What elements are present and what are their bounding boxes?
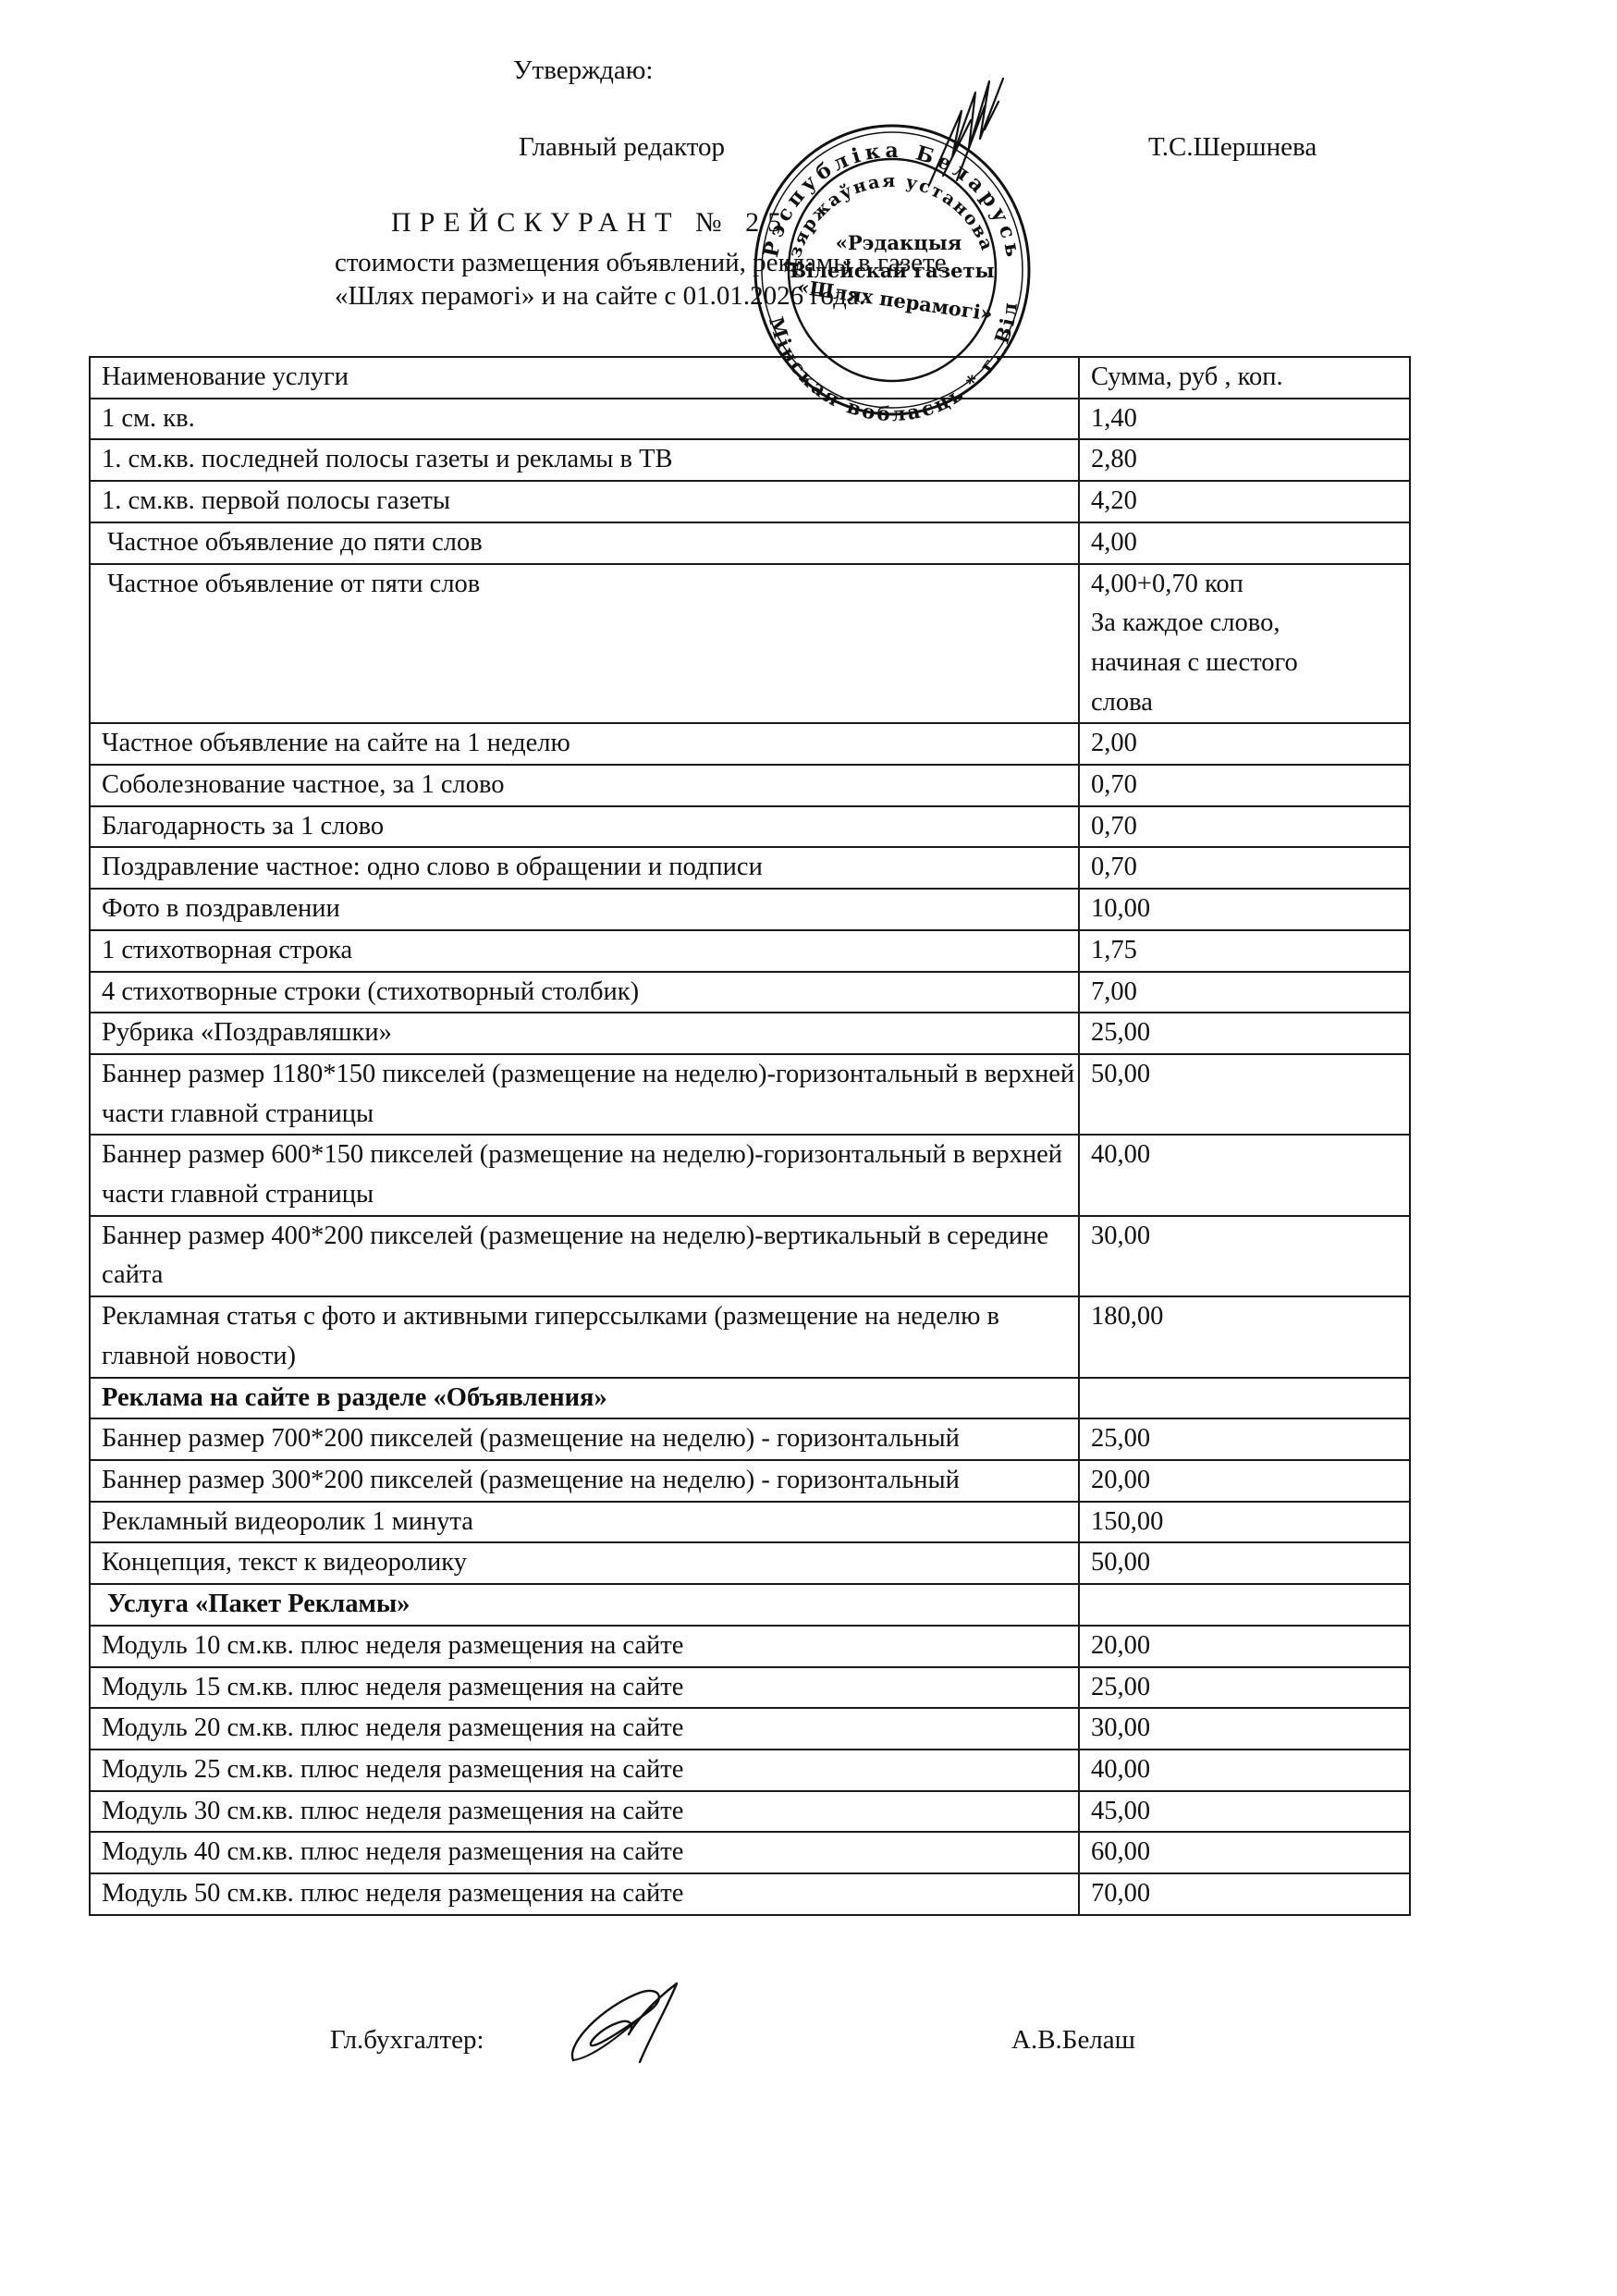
section-title: Реклама на сайте в разделе «Объявления» <box>90 1378 1079 1419</box>
service-price: 50,00 <box>1079 1054 1410 1135</box>
service-name: 1. см.кв. первой полосы газеты <box>90 481 1079 522</box>
service-price: 30,00 <box>1079 1216 1410 1296</box>
service-name: Рекламная статья с фото и активными гипе… <box>90 1296 1079 1377</box>
service-name: Рубрика «Поздравляшки» <box>90 1013 1079 1054</box>
service-price: 0,70 <box>1079 847 1410 889</box>
price-list-table: Наименование услуги Сумма, руб , коп. 1 … <box>89 356 1411 1916</box>
service-name: 1. см.кв. последней полосы газеты и рекл… <box>90 439 1079 481</box>
service-name: 1 стихотворная строка <box>90 930 1079 972</box>
service-name: Баннер размер 1180*150 пикселей (размеще… <box>90 1054 1079 1135</box>
table-row: 1 см. кв.1,40 <box>90 399 1410 440</box>
service-price: 180,00 <box>1079 1296 1410 1377</box>
service-name: Баннер размер 700*200 пикселей (размещен… <box>90 1418 1079 1460</box>
table-row: Баннер размер 600*150 пикселей (размещен… <box>90 1135 1410 1215</box>
service-name: Модуль 40 см.кв. плюс неделя размещения … <box>90 1832 1079 1873</box>
service-name: Благодарность за 1 слово <box>90 806 1079 848</box>
service-name: Соболезнование частное, за 1 слово <box>90 765 1079 806</box>
table-row: 4 стихотворные строки (стихотворный стол… <box>90 972 1410 1013</box>
table-row: Модуль 20 см.кв. плюс неделя размещения … <box>90 1708 1410 1750</box>
service-price: 50,00 <box>1079 1542 1410 1584</box>
service-name: Модуль 30 см.кв. плюс неделя размещения … <box>90 1791 1079 1833</box>
service-price: 0,70 <box>1079 765 1410 806</box>
service-price: 1,40 <box>1079 399 1410 440</box>
table-row: Модуль 50 см.кв. плюс неделя размещения … <box>90 1873 1410 1915</box>
service-name: Модуль 50 см.кв. плюс неделя размещения … <box>90 1873 1079 1915</box>
service-name: Частное объявление от пяти слов <box>90 564 1079 724</box>
table-row: Баннер размер 300*200 пикселей (размещен… <box>90 1460 1410 1502</box>
table-row: Частное объявление на сайте на 1 неделю2… <box>90 723 1410 765</box>
service-name: Частное объявление до пяти слов <box>90 522 1079 564</box>
service-price: 20,00 <box>1079 1460 1410 1502</box>
service-price: 0,70 <box>1079 806 1410 848</box>
document-title: ПРЕЙСКУРАНТ № 25 <box>391 209 790 237</box>
table-section-row: Услуга «Пакет Рекламы» <box>90 1584 1410 1626</box>
service-price: 4,00+0,70 коп За каждое слово, начиная с… <box>1079 564 1410 724</box>
service-price: 40,00 <box>1079 1750 1410 1791</box>
service-name: Концепция, текст к видеоролику <box>90 1542 1079 1584</box>
service-price: 45,00 <box>1079 1791 1410 1833</box>
chief-accountant-role: Гл.бухгалтер: <box>330 2027 484 2054</box>
table-row: Частное объявление от пяти слов4,00+0,70… <box>90 564 1410 724</box>
column-header-service: Наименование услуги <box>90 357 1079 399</box>
table-row: Модуль 25 см.кв. плюс неделя размещения … <box>90 1750 1410 1791</box>
svg-text:Рэспубліка Беларусь: Рэспубліка Беларусь <box>759 139 1026 264</box>
table-body: 1 см. кв.1,401. см.кв. последней полосы … <box>90 399 1410 1915</box>
service-name: Модуль 25 см.кв. плюс неделя размещения … <box>90 1750 1079 1791</box>
table-row: 1. см.кв. первой полосы газеты4,20 <box>90 481 1410 522</box>
table-row: Модуль 10 см.кв. плюс неделя размещения … <box>90 1626 1410 1667</box>
accountant-signature-icon <box>566 1979 695 2067</box>
service-price: 2,80 <box>1079 439 1410 481</box>
service-name: Модуль 15 см.кв. плюс неделя размещения … <box>90 1667 1079 1709</box>
table-row: Рубрика «Поздравляшки»25,00 <box>90 1013 1410 1054</box>
service-price: 25,00 <box>1079 1013 1410 1054</box>
table-row: 1 стихотворная строка1,75 <box>90 930 1410 972</box>
table-section-row: Реклама на сайте в разделе «Объявления» <box>90 1378 1410 1419</box>
section-title: Услуга «Пакет Рекламы» <box>90 1584 1079 1626</box>
chief-editor-role: Главный редактор <box>519 134 725 161</box>
table-row: Модуль 40 см.кв. плюс неделя размещения … <box>90 1832 1410 1873</box>
table-row: Рекламный видеоролик 1 минута150,00 <box>90 1502 1410 1543</box>
service-price: 25,00 <box>1079 1667 1410 1709</box>
table-row: Фото в поздравлении10,00 <box>90 889 1410 930</box>
table-row: Соболезнование частное, за 1 слово0,70 <box>90 765 1410 806</box>
service-price: 25,00 <box>1079 1418 1410 1460</box>
approval-label: Утверждаю: <box>513 57 654 84</box>
service-price: 4,20 <box>1079 481 1410 522</box>
service-name: Частное объявление на сайте на 1 неделю <box>90 723 1079 765</box>
table-row: Модуль 30 см.кв. плюс неделя размещения … <box>90 1791 1410 1833</box>
chief-editor-name: Т.С.Шершнева <box>1148 134 1317 161</box>
service-price: 20,00 <box>1079 1626 1410 1667</box>
table-row: Баннер размер 700*200 пикселей (размещен… <box>90 1418 1410 1460</box>
table-row: Благодарность за 1 слово0,70 <box>90 806 1410 848</box>
service-name: Фото в поздравлении <box>90 889 1079 930</box>
service-price: 60,00 <box>1079 1832 1410 1873</box>
service-price: 150,00 <box>1079 1502 1410 1543</box>
service-name: Баннер размер 400*200 пикселей (размещен… <box>90 1216 1079 1296</box>
service-price: 40,00 <box>1079 1135 1410 1215</box>
document-subtitle-line-1: стоимости размещения объявлений, рекламы… <box>335 250 947 276</box>
service-name: 4 стихотворные строки (стихотворный стол… <box>90 972 1079 1013</box>
table-row: Рекламная статья с фото и активными гипе… <box>90 1296 1410 1377</box>
service-name: Модуль 10 см.кв. плюс неделя размещения … <box>90 1626 1079 1667</box>
service-name: 1 см. кв. <box>90 399 1079 440</box>
service-name: Баннер размер 600*150 пикселей (размещен… <box>90 1135 1079 1215</box>
service-price <box>1079 1584 1410 1626</box>
service-price: 2,00 <box>1079 723 1410 765</box>
service-price: 1,75 <box>1079 930 1410 972</box>
service-name: Модуль 20 см.кв. плюс неделя размещения … <box>90 1708 1079 1750</box>
table-row: 1. см.кв. последней полосы газеты и рекл… <box>90 439 1410 481</box>
service-name: Баннер размер 300*200 пикселей (размещен… <box>90 1460 1079 1502</box>
table-row: Поздравление частное: одно слово в обращ… <box>90 847 1410 889</box>
chief-accountant-name: А.В.Белаш <box>1011 2027 1135 2054</box>
column-header-amount: Сумма, руб , коп. <box>1079 357 1410 399</box>
table-row: Концепция, текст к видеоролику50,00 <box>90 1542 1410 1584</box>
service-price: 4,00 <box>1079 522 1410 564</box>
table-row: Частное объявление до пяти слов4,00 <box>90 522 1410 564</box>
service-price: 7,00 <box>1079 972 1410 1013</box>
service-price: 30,00 <box>1079 1708 1410 1750</box>
service-name: Поздравление частное: одно слово в обращ… <box>90 847 1079 889</box>
editor-signature-icon <box>925 74 1008 194</box>
document-subtitle-line-2: «Шлях перамогі» и на сайте с 01.01.2026 … <box>335 283 865 310</box>
table-row: Баннер размер 400*200 пикселей (размещен… <box>90 1216 1410 1296</box>
table-row: Баннер размер 1180*150 пикселей (размеще… <box>90 1054 1410 1135</box>
stamp-outer-top-text: Рэспубліка Беларусь <box>759 139 1026 264</box>
service-name: Рекламный видеоролик 1 минута <box>90 1502 1079 1543</box>
table-row: Модуль 15 см.кв. плюс неделя размещения … <box>90 1667 1410 1709</box>
service-price: 70,00 <box>1079 1873 1410 1915</box>
service-price: 10,00 <box>1079 889 1410 930</box>
service-price <box>1079 1378 1410 1419</box>
table-header-row: Наименование услуги Сумма, руб , коп. <box>90 357 1410 399</box>
